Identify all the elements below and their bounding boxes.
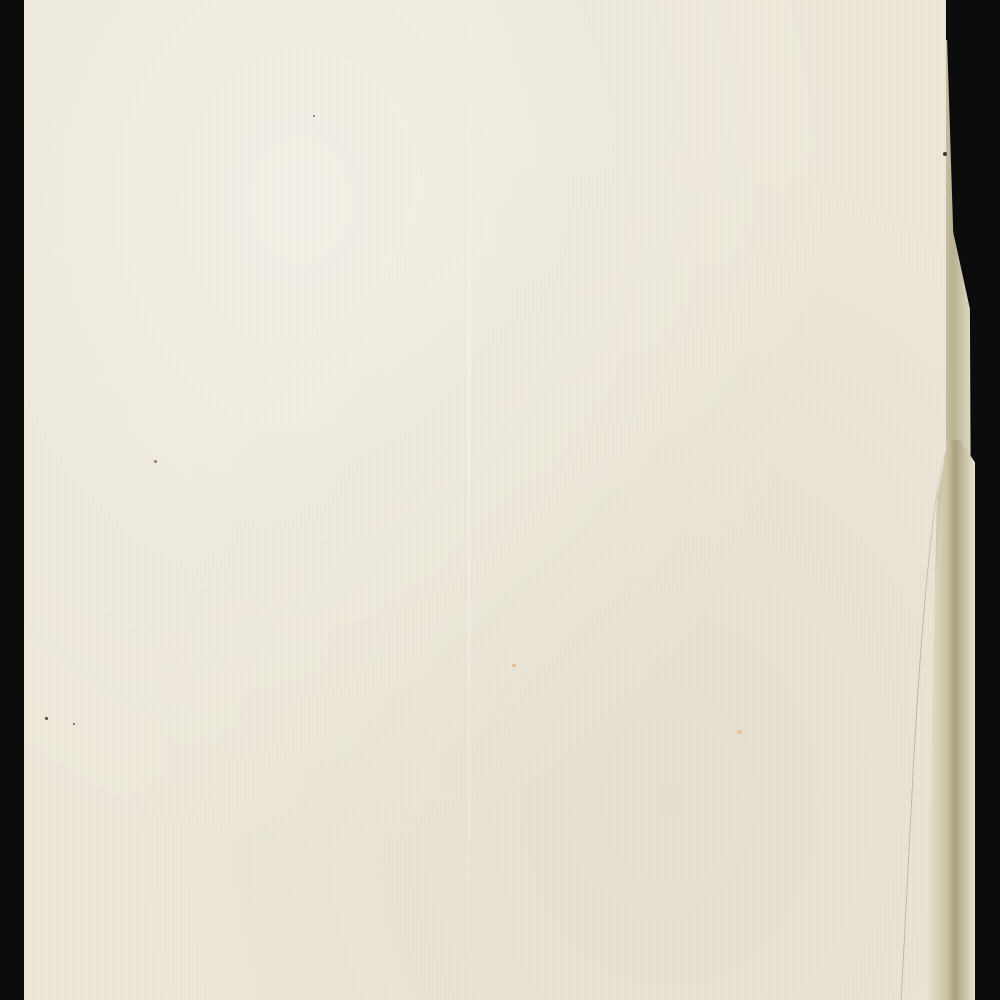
ink-speck (943, 152, 947, 156)
blank-paper-page (24, 0, 946, 1000)
ink-speck (45, 717, 48, 720)
foxing-speck (154, 460, 157, 463)
center-fold-crease (468, 0, 470, 1000)
scan-background (0, 0, 1000, 1000)
ink-speck (313, 115, 315, 117)
foxing-speck (512, 664, 516, 667)
foxing-speck (737, 730, 742, 734)
ink-speck (73, 723, 75, 725)
